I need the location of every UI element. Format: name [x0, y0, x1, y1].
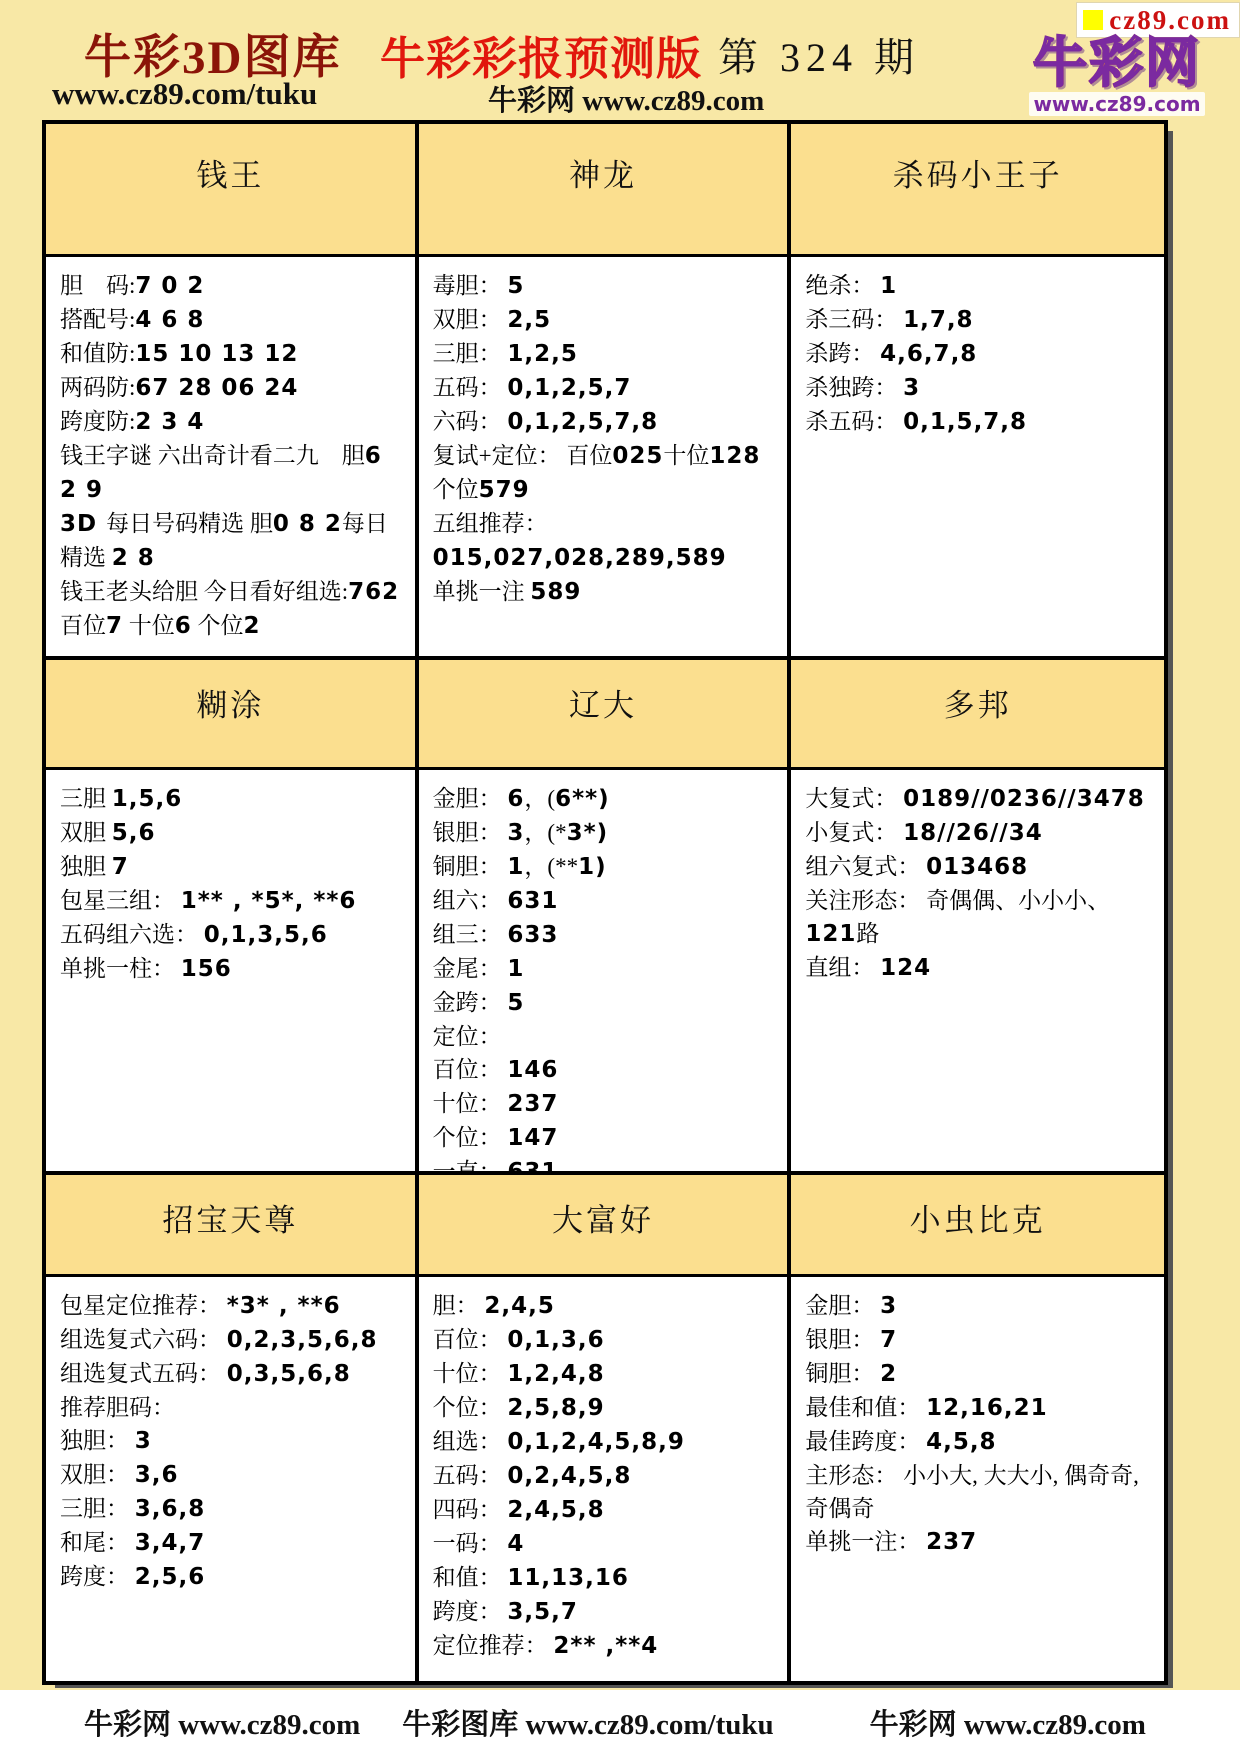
prediction-line: 包星定位推荐： *3* , **6	[60, 1289, 403, 1323]
prediction-line: 四码： 2,4,5,8	[433, 1493, 776, 1527]
prediction-line: 钱王字谜 六出奇计看二九 胆6 2 9	[60, 439, 403, 507]
cell-body-shenlong: 毒胆： 5双胆： 2,5三胆： 1,2,5五码： 0,1,2,5,7六码： 0,…	[419, 257, 792, 660]
prediction-line: 组六： 631	[433, 884, 776, 918]
prediction-line: 组选： 0,1,2,4,5,8,9	[433, 1425, 776, 1459]
prediction-line: 小复式： 18//26//34	[805, 816, 1152, 850]
prediction-line: 定位：	[433, 1020, 776, 1053]
site-logo: 牛彩网 www.cz89.com	[1022, 34, 1212, 116]
prediction-line: 双胆： 2,5	[433, 303, 776, 337]
cell-band-dafuhao: 大富好	[419, 1175, 792, 1277]
cell-band-duobang: 多邦	[791, 660, 1164, 770]
prediction-line: 五码： 0,1,2,5,7	[433, 371, 776, 405]
footer-link-3: 牛彩网 www.cz89.com	[870, 1702, 1146, 1743]
cell-body-xiaochongbike: 金胆： 3银胆： 7铜胆： 2最佳和值： 12,16,21最佳跨度： 4,5,8…	[791, 1277, 1164, 1681]
prediction-line: 双胆： 3,6	[60, 1458, 403, 1492]
prediction-line: 和值防:15 10 13 12	[60, 337, 403, 371]
masthead: 牛彩3D图库 牛彩彩报预测版 第 324 期 cz89.com 牛彩网 www.…	[0, 0, 1240, 120]
cell-body-qianwang: 胆 码:7 0 2搭配号:4 6 8和值防:15 10 13 12两码防:67 …	[46, 257, 419, 660]
cell-body-liaoda: 金胆： 6，(6**)银胆： 3，(*3*)铜胆： 1，(**1)组六： 631…	[419, 770, 792, 1175]
prediction-line: 五组推荐： 015,027,028,289,589	[433, 507, 776, 575]
prediction-line: 银胆： 7	[805, 1323, 1152, 1357]
prediction-line: 杀三码： 1,7,8	[805, 303, 1152, 337]
prediction-line: 个位： 147	[433, 1121, 776, 1155]
footer: 牛彩网 www.cz89.com 牛彩图库 www.cz89.com/tuku …	[0, 1690, 1240, 1754]
prediction-line: 个位： 2,5,8,9	[433, 1391, 776, 1425]
prediction-line: 跨度： 3,5,7	[433, 1595, 776, 1629]
prediction-line: 单挑一注 589	[433, 575, 776, 609]
prediction-line: 一直： 631	[433, 1155, 776, 1175]
prediction-line: 三胆： 3,6,8	[60, 1492, 403, 1526]
prediction-line: 和尾： 3,4,7	[60, 1526, 403, 1560]
prediction-line: 组选复式五码： 0,3,5,6,8	[60, 1357, 403, 1391]
prediction-line: 百位： 146	[433, 1053, 776, 1087]
cell-body-duobang: 大复式： 0189//0236//3478小复式： 18//26//34组六复式…	[791, 770, 1164, 1175]
prediction-line: 绝杀： 1	[805, 269, 1152, 303]
prediction-line: 和值： 11,13,16	[433, 1561, 776, 1595]
cell-band-liaoda: 辽大	[419, 660, 792, 770]
prediction-line: 3D 每日号码精选 胆0 8 2每日精选 2 8	[60, 507, 403, 575]
prediction-line: 五码组六选： 0,1,3,5,6	[60, 918, 403, 952]
prediction-line: 最佳跨度： 4,5,8	[805, 1425, 1152, 1459]
prediction-line: 最佳和值： 12,16,21	[805, 1391, 1152, 1425]
prediction-line: 独胆 7	[60, 850, 403, 884]
prediction-line: 单挑一柱： 156	[60, 952, 403, 986]
prediction-line: 关注形态： 奇偶偶、小小小、121路	[805, 884, 1152, 951]
footer-link-1: 牛彩网 www.cz89.com	[84, 1702, 360, 1743]
prediction-line: 独胆： 3	[60, 1424, 403, 1458]
prediction-line: 包星三组： 1** , *5*, **6	[60, 884, 403, 918]
cell-band-xiaochongbike: 小虫比克	[791, 1175, 1164, 1277]
prediction-line: 杀跨： 4,6,7,8	[805, 337, 1152, 371]
prediction-line: 组三： 633	[433, 918, 776, 952]
prediction-line: 十位： 1,2,4,8	[433, 1357, 776, 1391]
prediction-line: 杀五码： 0,1,5,7,8	[805, 405, 1152, 439]
prediction-line: 主形态： 小小大, 大大小, 偶奇奇, 奇偶奇	[805, 1459, 1152, 1525]
prediction-line: 两码防:67 28 06 24	[60, 371, 403, 405]
cell-body-hutu: 三胆 1,5,6双胆 5,6独胆 7包星三组： 1** , *5*, **6五码…	[46, 770, 419, 1175]
prediction-line: 金胆： 6，(6**)	[433, 782, 776, 816]
prediction-line: 毒胆： 5	[433, 269, 776, 303]
prediction-line: 胆： 2,4,5	[433, 1289, 776, 1323]
prediction-line: 组选复式六码： 0,2,3,5,6,8	[60, 1323, 403, 1357]
prediction-line: 铜胆： 1，(**1)	[433, 850, 776, 884]
prediction-line: 推荐胆码：	[60, 1391, 403, 1424]
prediction-line: 复试+定位： 百位025十位128个位579	[433, 439, 776, 507]
yellow-square-icon	[1083, 10, 1103, 30]
cell-band-zhaobaotianzun: 招宝天尊	[46, 1175, 419, 1277]
cell-band-qianwang: 钱王	[46, 124, 419, 257]
prediction-line: 铜胆： 2	[805, 1357, 1152, 1391]
cell-band-shenlong: 神龙	[419, 124, 792, 257]
prediction-line: 杀独跨： 3	[805, 371, 1152, 405]
cell-body-zhaobaotianzun: 包星定位推荐： *3* , **6组选复式六码： 0,2,3,5,6,8组选复式…	[46, 1277, 419, 1681]
prediction-line: 金胆： 3	[805, 1289, 1152, 1323]
prediction-line: 金跨： 5	[433, 986, 776, 1020]
prediction-line: 百位： 0,1,3,6	[433, 1323, 776, 1357]
prediction-grid: 钱王 神龙 杀码小王子 胆 码:7 0 2搭配号:4 6 8和值防:15 10 …	[42, 120, 1168, 1685]
lottery-prediction-page: 牛彩3D图库 牛彩彩报预测版 第 324 期 cz89.com 牛彩网 www.…	[0, 0, 1240, 1754]
prediction-line: 三胆： 1,2,5	[433, 337, 776, 371]
prediction-line: 跨度： 2,5,6	[60, 1560, 403, 1594]
prediction-line: 六码： 0,1,2,5,7,8	[433, 405, 776, 439]
prediction-line: 金尾： 1	[433, 952, 776, 986]
prediction-line: 钱王老头给胆 今日看好组选:762百位7 十位6 个位2	[60, 575, 403, 643]
cell-body-shamaxiaowangzi: 绝杀： 1杀三码： 1,7,8杀跨： 4,6,7,8杀独跨： 3杀五码： 0,1…	[791, 257, 1164, 660]
prediction-line: 搭配号:4 6 8	[60, 303, 403, 337]
prediction-line: 单挑一注： 237	[805, 1525, 1152, 1559]
prediction-line: 定位推荐： 2** ,**4	[433, 1629, 776, 1663]
prediction-line: 三胆 1,5,6	[60, 782, 403, 816]
prediction-line: 胆 码:7 0 2	[60, 269, 403, 303]
center-url: 牛彩网 www.cz89.com	[488, 78, 764, 119]
prediction-line: 直组： 124	[805, 951, 1152, 985]
prediction-line: 大复式： 0189//0236//3478	[805, 782, 1152, 816]
cell-band-hutu: 糊涂	[46, 660, 419, 770]
cell-body-dafuhao: 胆： 2,4,5百位： 0,1,3,6十位： 1,2,4,8个位： 2,5,8,…	[419, 1277, 792, 1681]
issue-number: 第 324 期	[718, 26, 920, 83]
prediction-line: 跨度防:2 3 4	[60, 405, 403, 439]
cell-band-shamaxiaowangzi: 杀码小王子	[791, 124, 1164, 257]
prediction-line: 双胆 5,6	[60, 816, 403, 850]
prediction-line: 银胆： 3，(*3*)	[433, 816, 776, 850]
prediction-line: 一码： 4	[433, 1527, 776, 1561]
tuku-url: www.cz89.com/tuku	[52, 76, 317, 112]
logo-text: 牛彩网	[1033, 34, 1201, 92]
logo-url: www.cz89.com	[1029, 92, 1204, 116]
footer-link-2: 牛彩图库 www.cz89.com/tuku	[402, 1702, 773, 1743]
prediction-line: 五码： 0,2,4,5,8	[433, 1459, 776, 1493]
prediction-line: 组六复式： 013468	[805, 850, 1152, 884]
prediction-line: 十位： 237	[433, 1087, 776, 1121]
